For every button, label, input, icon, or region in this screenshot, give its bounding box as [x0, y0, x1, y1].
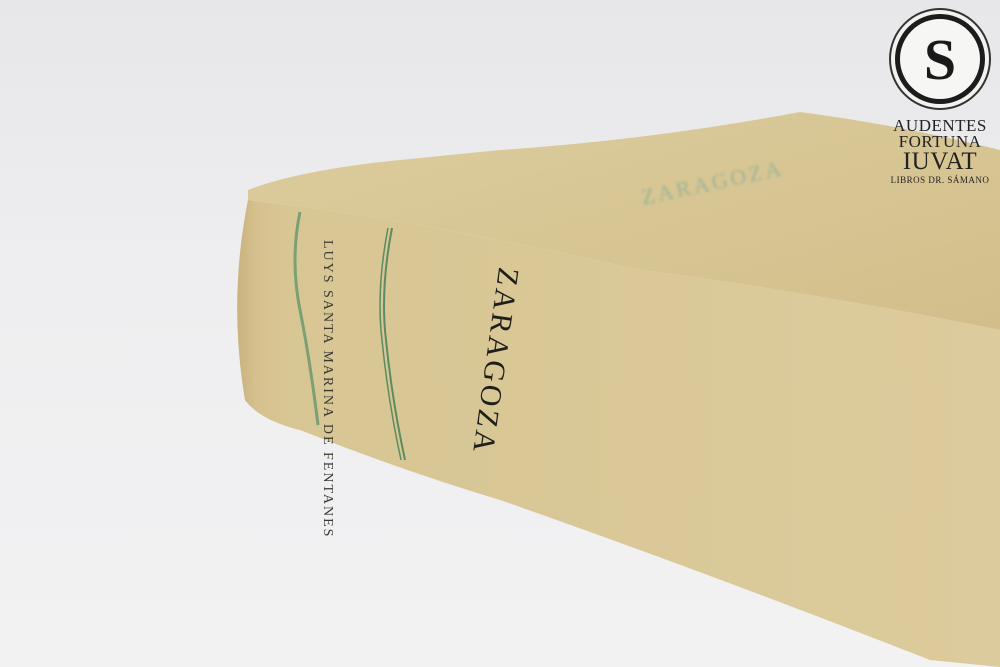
shop-name: LIBROS DR. SÁMANO — [884, 174, 996, 186]
book-photograph: LUYS SANTA MARINA DE FENTANES ZARAGOZA Z… — [0, 0, 1000, 667]
motto-line-3: IUVAT — [884, 150, 996, 174]
watermark-logo: S AUDENTES FORTUNA IUVAT LIBROS DR. SÁMA… — [884, 14, 996, 186]
emblem-s-icon: S — [895, 14, 985, 104]
spine-author-text: LUYS SANTA MARINA DE FENTANES — [135, 240, 335, 300]
